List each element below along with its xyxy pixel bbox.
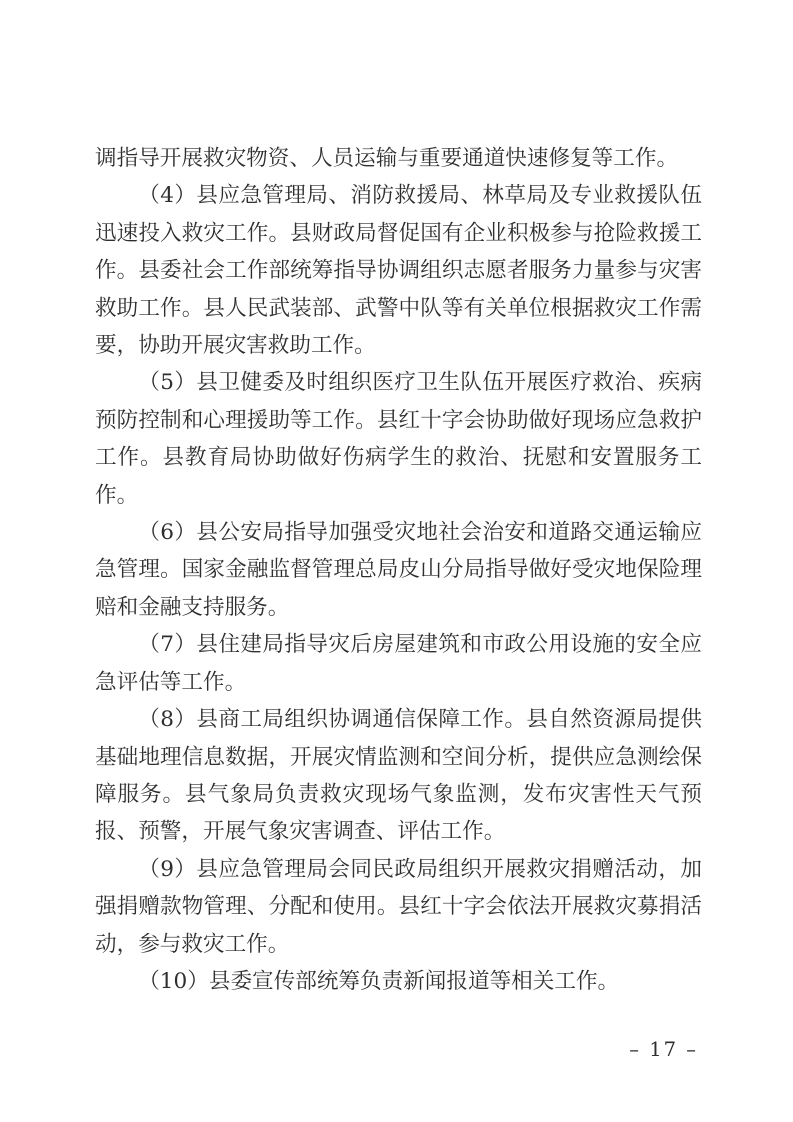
paragraph-item-4: （4）县应急管理局、消防救援局、林草局及专业救援队伍迅速投入救灾工作。县财政局督… — [95, 177, 702, 364]
paragraph-item-10: （10）县委宣传部统筹负责新闻报道等相关工作。 — [95, 963, 702, 1000]
document-page: 调指导开展救灾物资、人员运输与重要通道快速修复等工作。 （4）县应急管理局、消防… — [0, 0, 793, 1122]
paragraph-item-6: （6）县公安局指导加强受灾地社会治安和道路交通运输应急管理。国家金融监督管理总局… — [95, 514, 702, 626]
paragraph-item-8: （8）县商工局组织协调通信保障工作。县自然资源局提供基础地理信息数据，开展灾情监… — [95, 701, 702, 851]
document-body: 调指导开展救灾物资、人员运输与重要通道快速修复等工作。 （4）县应急管理局、消防… — [95, 140, 702, 1000]
paragraph-item-5: （5）县卫健委及时组织医疗卫生队伍开展医疗救治、疾病预防控制和心理援助等工作。县… — [95, 364, 702, 514]
paragraph-item-9: （9）县应急管理局会同民政局组织开展救灾捐赠活动，加强捐赠款物管理、分配和使用。… — [95, 851, 702, 963]
paragraph-continuation: 调指导开展救灾物资、人员运输与重要通道快速修复等工作。 — [95, 140, 702, 177]
paragraph-item-7: （7）县住建局指导灾后房屋建筑和市政公用设施的安全应急评估等工作。 — [95, 626, 702, 701]
page-number: – 17 – — [629, 1038, 698, 1062]
